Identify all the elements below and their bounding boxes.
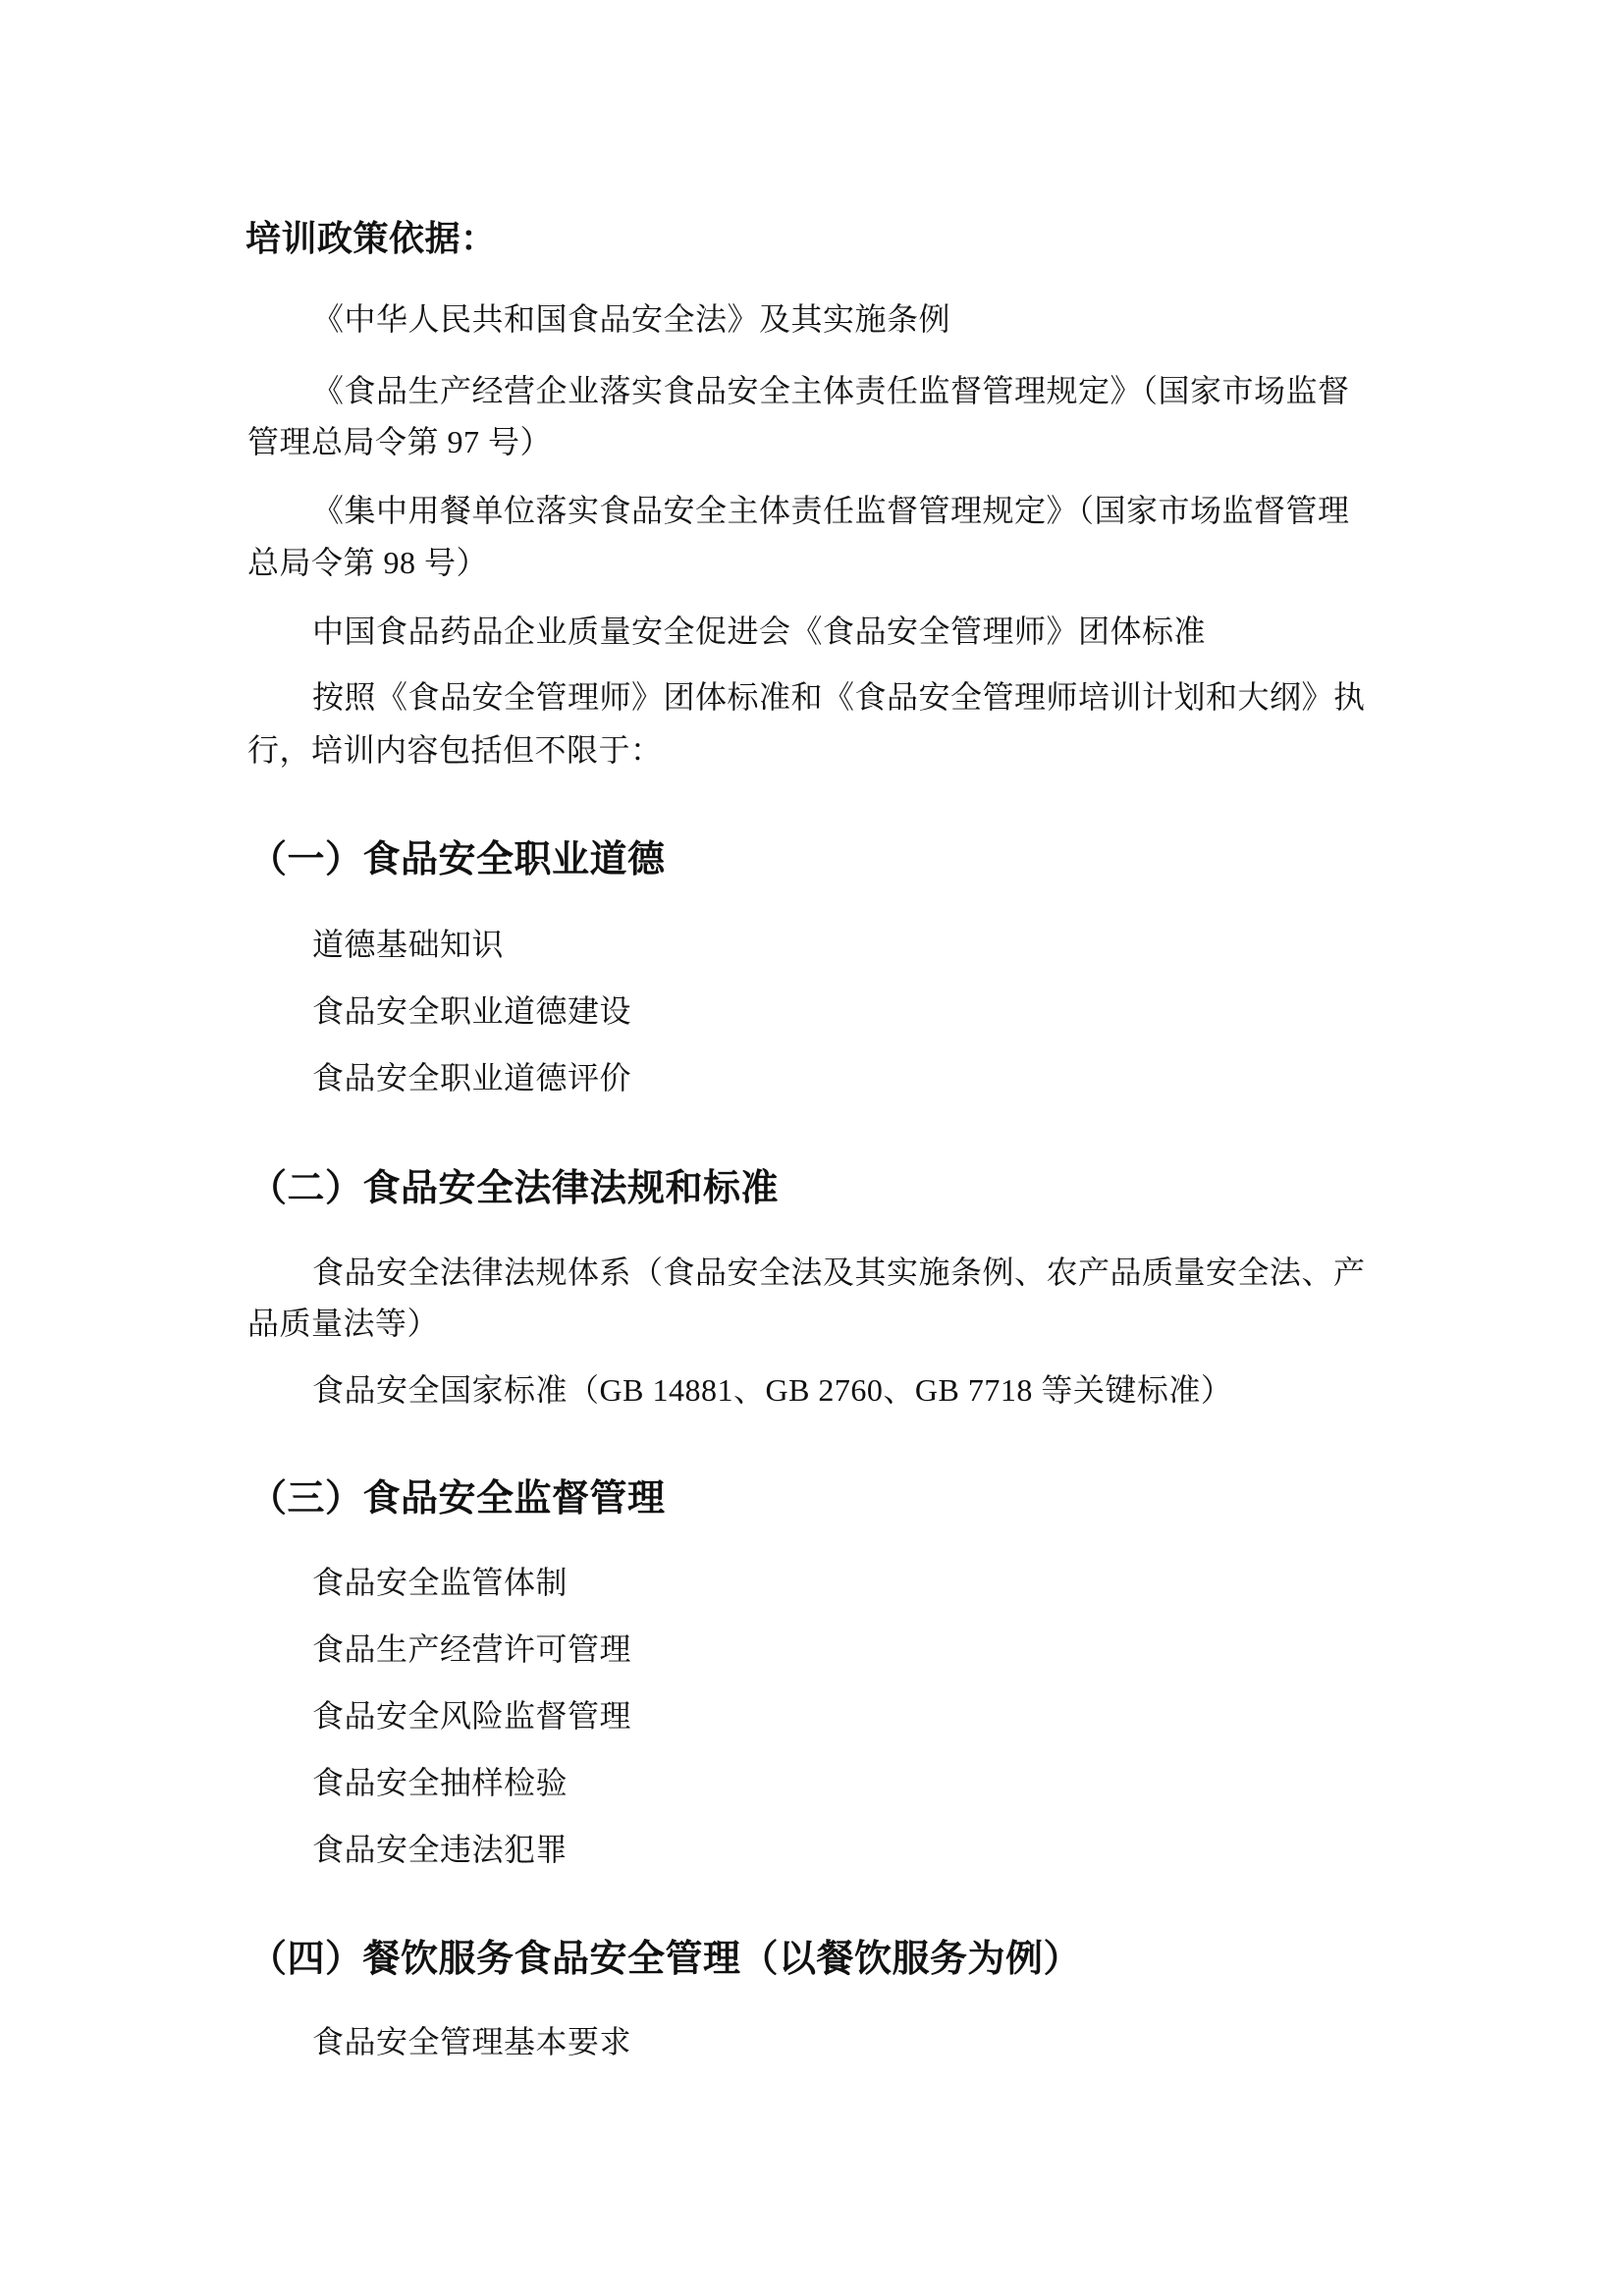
section-heading: （二）食品安全法律法规和标准 <box>249 1165 779 1210</box>
section-heading: （三）食品安全监督管理 <box>249 1475 666 1521</box>
section-item: 食品安全风险监督管理 <box>312 1696 631 1735</box>
document-page: 培训政策依据： 《中华人民共和国食品安全法》及其实施条例 《食品生产经营企业落实… <box>0 0 1624 2296</box>
section-item: 食品安全法律法规体系（食品安全法及其实施条例、农产品质量安全法、产 <box>312 1253 1366 1292</box>
policy-item-continuation: 管理总局令第 97 号） <box>247 422 552 461</box>
policy-item: 中国食品药品企业质量安全促进会《食品安全管理师》团体标准 <box>312 612 1206 651</box>
section-item: 食品安全违法犯罪 <box>312 1830 568 1869</box>
section-item: 食品安全国家标准（GB 14881、GB 2760、GB 7718 等关键标准） <box>312 1370 1232 1410</box>
section-item: 道德基础知识 <box>312 925 504 964</box>
section-item: 食品安全监管体制 <box>312 1563 568 1602</box>
section-item: 食品安全管理基本要求 <box>312 2022 631 2061</box>
policy-item: 《集中用餐单位落实食品安全主体责任监督管理规定》（国家市场监督管理 <box>312 491 1350 530</box>
section-heading: （一）食品安全职业道德 <box>249 836 666 881</box>
policy-item-continuation: 总局令第 98 号） <box>247 543 488 582</box>
section-heading: （四）餐饮服务食品安全管理（以餐饮服务为例） <box>249 1936 1081 1981</box>
section-item: 食品安全职业道德评价 <box>312 1058 631 1097</box>
policy-item-continuation: 行，培训内容包括但不限于： <box>247 730 663 770</box>
section-item: 食品生产经营许可管理 <box>312 1629 631 1669</box>
policy-item: 按照《食品安全管理师》团体标准和《食品安全管理师培训计划和大纲》执 <box>312 677 1366 717</box>
section-item: 食品安全抽样检验 <box>312 1763 568 1802</box>
page-title: 培训政策依据： <box>245 218 497 261</box>
section-item-continuation: 品质量法等） <box>247 1304 439 1343</box>
policy-item: 《中华人民共和国食品安全法》及其实施条例 <box>312 299 950 339</box>
policy-item: 《食品生产经营企业落实食品安全主体责任监督管理规定》（国家市场监督 <box>312 371 1350 410</box>
section-item: 食品安全职业道德建设 <box>312 991 631 1031</box>
